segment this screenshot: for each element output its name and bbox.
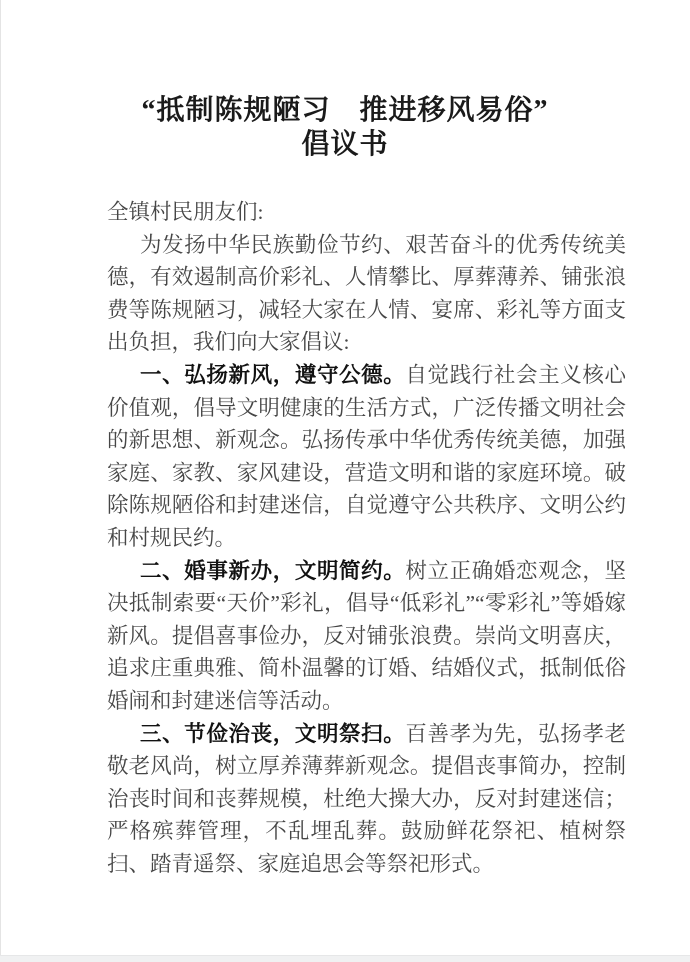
document-body: 全镇村民朋友们: 为发扬中华民族勤俭节约、艰苦奋斗的优秀传统美德，有效遏制高价彩… [107,196,626,880]
paragraph-intro: 为发扬中华民族勤俭节约、艰苦奋斗的优秀传统美德，有效遏制高价彩礼、人情攀比、厚葬… [107,229,626,359]
salutation: 全镇村民朋友们: [107,196,626,229]
paragraph-intro-text: 为发扬中华民族勤俭节约、艰苦奋斗的优秀传统美德，有效遏制高价彩礼、人情攀比、厚葬… [107,233,626,355]
paragraph-section-2: 二、婚事新办，文明简约。树立正确婚恋观念，坚决抵制索要“天价”彩礼，倡导“低彩礼… [107,555,626,718]
section-2-heading: 二、婚事新办，文明简约。 [140,559,405,583]
section-1-text: 自觉践行社会主义核心价值观，倡导文明健康的生活方式，广泛传播文明社会的新思想、新… [107,363,626,550]
document-title: “抵制陈规陋习 推进移风易俗” 倡议书 [0,94,690,162]
section-3-heading: 三、节俭治丧，文明祭扫。 [140,722,405,746]
paragraph-section-3: 三、节俭治丧，文明祭扫。百善孝为先，弘扬孝老敬老风尚，树立厚养薄葬新观念。提倡丧… [107,718,626,881]
paragraph-section-1: 一、弘扬新风，遵守公德。自觉践行社会主义核心价值观，倡导文明健康的生活方式，广泛… [107,359,626,555]
document-page: “抵制陈规陋习 推进移风易俗” 倡议书 全镇村民朋友们: 为发扬中华民族勤俭节约… [0,0,690,962]
section-1-heading: 一、弘扬新风，遵守公德。 [140,363,405,387]
page-bottom-edge [0,955,690,962]
title-line-2: 倡议书 [0,128,690,162]
title-line-1: “抵制陈规陋习 推进移风易俗” [0,94,690,128]
